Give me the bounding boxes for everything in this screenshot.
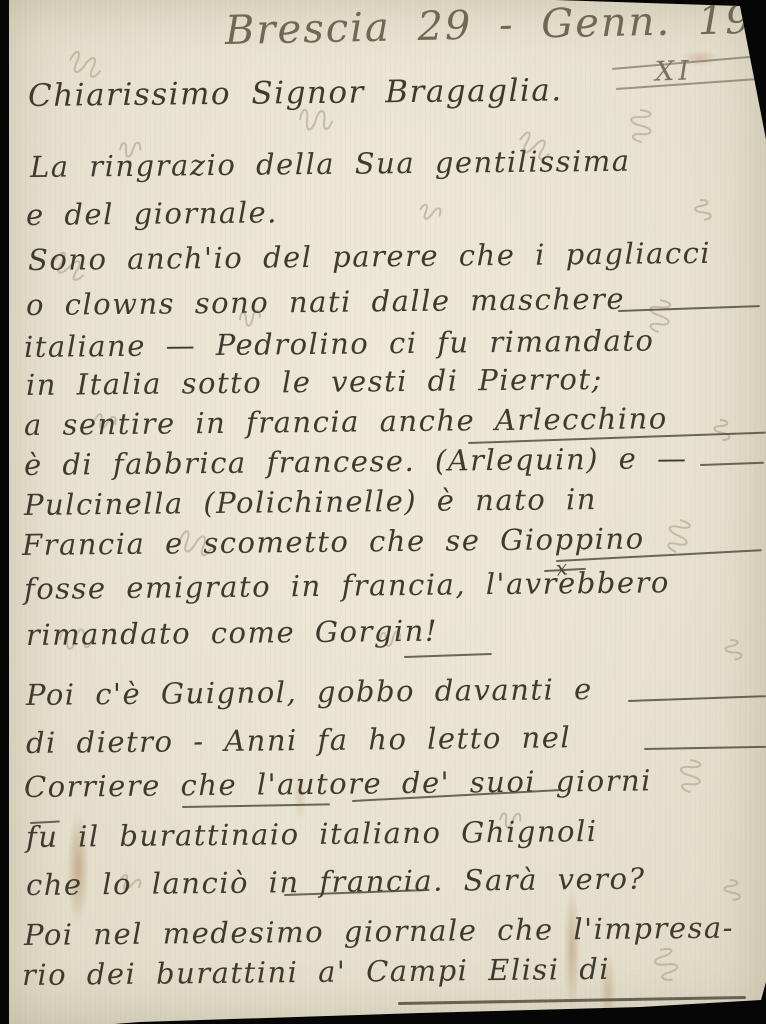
- letter-line: è di fabbrica francese. (Arlequin) e —: [24, 441, 688, 482]
- letter-line: Poi c'è Guignol, gobbo davanti e: [26, 672, 593, 712]
- trailing-dash-stroke: [628, 695, 766, 702]
- letter-line: in Italia sotto le vesti di Pierrot;: [26, 362, 603, 402]
- letter-line: Poi nel medesimo giornale che l'impresa-: [24, 911, 734, 952]
- letter-line: o clowns sono nati dalle maschere: [26, 282, 625, 322]
- salutation: Chiarissimo Signor Bragaglia.: [28, 72, 563, 114]
- letter-page: Brescia 29 - Genn. 1933. XI Chiarissimo …: [0, 0, 766, 1024]
- underline-gorgin: [404, 653, 492, 658]
- letter-line: Francia e scometto che se Gioppino: [22, 521, 645, 562]
- letter-line: Corriere che l'autore de' suoi giorni: [24, 763, 652, 804]
- underline-stroke: [182, 803, 330, 808]
- letter-line: di dietro - Anni fa ho letto nel: [26, 720, 572, 760]
- letter-line: italiane — Pedrolino ci fu rimandato: [24, 323, 655, 364]
- dateline: Brescia 29 - Genn. 1933.: [225, 0, 766, 54]
- letter-line: fosse emigrato in francia, l'avrebbero: [24, 565, 670, 606]
- letter-line: fu il burattinaio italiano Ghignoli: [26, 814, 598, 854]
- letter-line: La ringrazio della Sua gentilissima: [30, 144, 631, 184]
- letter-line: Sono anch'io del parere che i pagliacci: [28, 236, 711, 277]
- letter-line: Pulcinella (Polichinelle) è nato in: [24, 482, 597, 522]
- trailing-dash-stroke: [618, 305, 760, 312]
- letter-line: a sentire in francia anche Arlecchino: [24, 401, 668, 442]
- trailing-dash-stroke: [644, 746, 766, 750]
- letter-line: rio dei burattini a' Campi Elisi di: [22, 952, 610, 992]
- underline-campi-elisi: [398, 996, 746, 1005]
- letter-line: che lo lanciò in francia. Sarà vero?: [26, 862, 646, 902]
- trailing-dash-stroke: [700, 462, 764, 466]
- letter-line: e del giornale.: [26, 195, 278, 232]
- letter-line: rimandato come Gorgin!: [26, 614, 438, 652]
